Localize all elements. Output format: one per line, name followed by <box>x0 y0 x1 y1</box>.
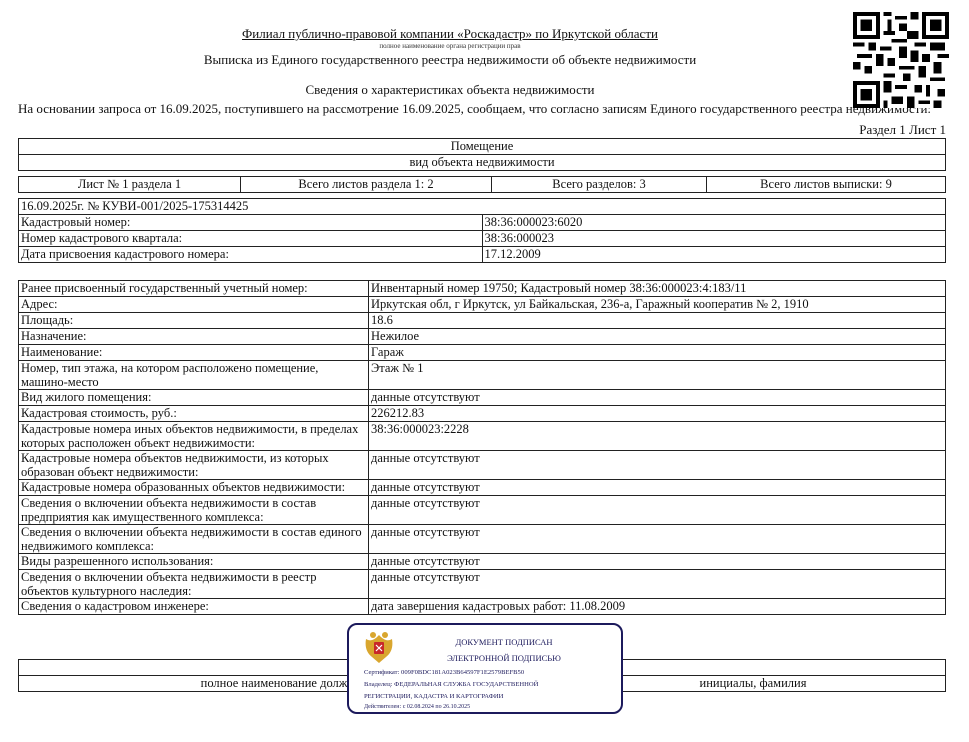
object-kind-caption: вид объекта недвижимости <box>19 155 946 171</box>
table-row: Сведения о включении объекта недвижимост… <box>19 496 946 525</box>
row-label: Площадь: <box>19 313 369 329</box>
table-row: Виды разрешенного использования:данные о… <box>19 554 946 570</box>
extract-sheets-total: Всего листов выписки: 9 <box>707 177 946 193</box>
row-label: Номер, тип этажа, на котором расположено… <box>19 361 369 390</box>
row-value: данные отсутствуют <box>369 570 946 599</box>
main-info-table: 16.09.2025г. № КУВИ-001/2025-175314425 К… <box>18 198 946 263</box>
row-label: Дата присвоения кадастрового номера: <box>19 247 483 263</box>
row-label: Ранее присвоенный государственный учетны… <box>19 281 369 297</box>
stamp-validity: Действителен: с 02.08.2024 по 26.10.2025 <box>364 704 470 710</box>
table-row: Сведения о включении объекта недвижимост… <box>19 525 946 554</box>
basis-text: На основании запроса от 16.09.2025, пост… <box>18 101 931 117</box>
table-row: Назначение:Нежилое <box>19 329 946 345</box>
table-row: Дата присвоения кадастрового номера: 17.… <box>19 247 946 263</box>
row-label: Номер кадастрового квартала: <box>19 231 483 247</box>
section-title: Сведения о характеристиках объекта недви… <box>0 82 900 98</box>
table-row: Кадастровые номера иных объектов недвижи… <box>19 422 946 451</box>
table-row: Адрес:Иркутская обл, г Иркутск, ул Байка… <box>19 297 946 313</box>
row-label: Кадастровые номера объектов недвижимости… <box>19 451 369 480</box>
table-row: Кадастровая стоимость, руб.:226212.83 <box>19 406 946 422</box>
request-line: 16.09.2025г. № КУВИ-001/2025-175314425 <box>19 199 946 215</box>
row-value: данные отсутствуют <box>369 525 946 554</box>
stamp-title-line1: ДОКУМЕНТ ПОДПИСАН <box>409 637 599 647</box>
row-value: Гараж <box>369 345 946 361</box>
document-title: Выписка из Единого государственного реес… <box>0 52 900 68</box>
row-value: данные отсутствуют <box>369 451 946 480</box>
coat-of-arms-icon <box>362 629 396 667</box>
table-row: Кадастровые номера образованных объектов… <box>19 480 946 496</box>
cadastral-number: 38:36:000023:6020 <box>482 215 946 231</box>
row-label: Сведения о включении объекта недвижимост… <box>19 496 369 525</box>
row-value: данные отсутствуют <box>369 554 946 570</box>
row-label: Назначение: <box>19 329 369 345</box>
table-row: Наименование:Гараж <box>19 345 946 361</box>
row-value: дата завершения кадастровых работ: 11.08… <box>369 599 946 615</box>
row-value: Инвентарный номер 19750; Кадастровый ном… <box>369 281 946 297</box>
row-label: Адрес: <box>19 297 369 313</box>
sections-total: Всего разделов: 3 <box>492 177 707 193</box>
row-value: данные отсутствуют <box>369 496 946 525</box>
row-label: Наименование: <box>19 345 369 361</box>
table-row: Ранее присвоенный государственный учетны… <box>19 281 946 297</box>
organization-caption: полное наименование органа регистрации п… <box>0 42 900 50</box>
row-label: Кадастровые номера образованных объектов… <box>19 480 369 496</box>
row-label: Сведения о кадастровом инженере: <box>19 599 369 615</box>
object-kind-table: Помещение вид объекта недвижимости <box>18 138 946 171</box>
row-label: Кадастровые номера иных объектов недвижи… <box>19 422 369 451</box>
row-value: 226212.83 <box>369 406 946 422</box>
object-kind-value: Помещение <box>19 139 946 155</box>
table-row: Сведения о кадастровом инженере:дата зав… <box>19 599 946 615</box>
table-row: Кадастровый номер: 38:36:000023:6020 <box>19 215 946 231</box>
qr-code-icon <box>853 12 949 108</box>
sheets-info-table: Лист № 1 раздела 1 Всего листов раздела … <box>18 176 946 193</box>
table-row: Кадастровые номера объектов недвижимости… <box>19 451 946 480</box>
stamp-certificate: Сертификат: 009F0BDC181A023B64597F1E2579… <box>364 669 524 676</box>
properties-table: Ранее присвоенный государственный учетны… <box>18 280 946 615</box>
row-value: Иркутская обл, г Иркутск, ул Байкальская… <box>369 297 946 313</box>
sheet-number: Лист № 1 раздела 1 <box>19 177 241 193</box>
row-label: Вид жилого помещения: <box>19 390 369 406</box>
row-label: Кадастровая стоимость, руб.: <box>19 406 369 422</box>
row-label: Виды разрешенного использования: <box>19 554 369 570</box>
stamp-title-line2: ЭЛЕКТРОННОЙ ПОДПИСЬЮ <box>409 653 599 663</box>
sheet-reference: Раздел 1 Лист 1 <box>859 122 946 138</box>
table-row: Сведения о включении объекта недвижимост… <box>19 570 946 599</box>
stamp-owner-line2: РЕГИСТРАЦИИ, КАДАСТРА И КАРТОГРАФИИ <box>364 693 503 700</box>
row-label: Сведения о включении объекта недвижимост… <box>19 570 369 599</box>
row-value: 18.6 <box>369 313 946 329</box>
row-value: 38:36:000023:2228 <box>369 422 946 451</box>
stamp-owner-line1: Владелец: ФЕДЕРАЛЬНАЯ СЛУЖБА ГОСУДАРСТВЕ… <box>364 681 538 688</box>
section-sheets-total: Всего листов раздела 1: 2 <box>241 177 492 193</box>
table-row: Номер, тип этажа, на котором расположено… <box>19 361 946 390</box>
row-label: Кадастровый номер: <box>19 215 483 231</box>
table-row: Номер кадастрового квартала: 38:36:00002… <box>19 231 946 247</box>
assignment-date: 17.12.2009 <box>482 247 946 263</box>
row-value: Нежилое <box>369 329 946 345</box>
row-label: Сведения о включении объекта недвижимост… <box>19 525 369 554</box>
row-value: Этаж № 1 <box>369 361 946 390</box>
cadastral-quarter: 38:36:000023 <box>482 231 946 247</box>
electronic-signature-stamp: ДОКУМЕНТ ПОДПИСАН ЭЛЕКТРОННОЙ ПОДПИСЬЮ С… <box>347 623 623 714</box>
organization-name: Филиал публично-правовой компании «Роска… <box>0 26 900 42</box>
table-row: Вид жилого помещения:данные отсутствуют <box>19 390 946 406</box>
row-value: данные отсутствуют <box>369 390 946 406</box>
table-row: Площадь:18.6 <box>19 313 946 329</box>
row-value: данные отсутствуют <box>369 480 946 496</box>
